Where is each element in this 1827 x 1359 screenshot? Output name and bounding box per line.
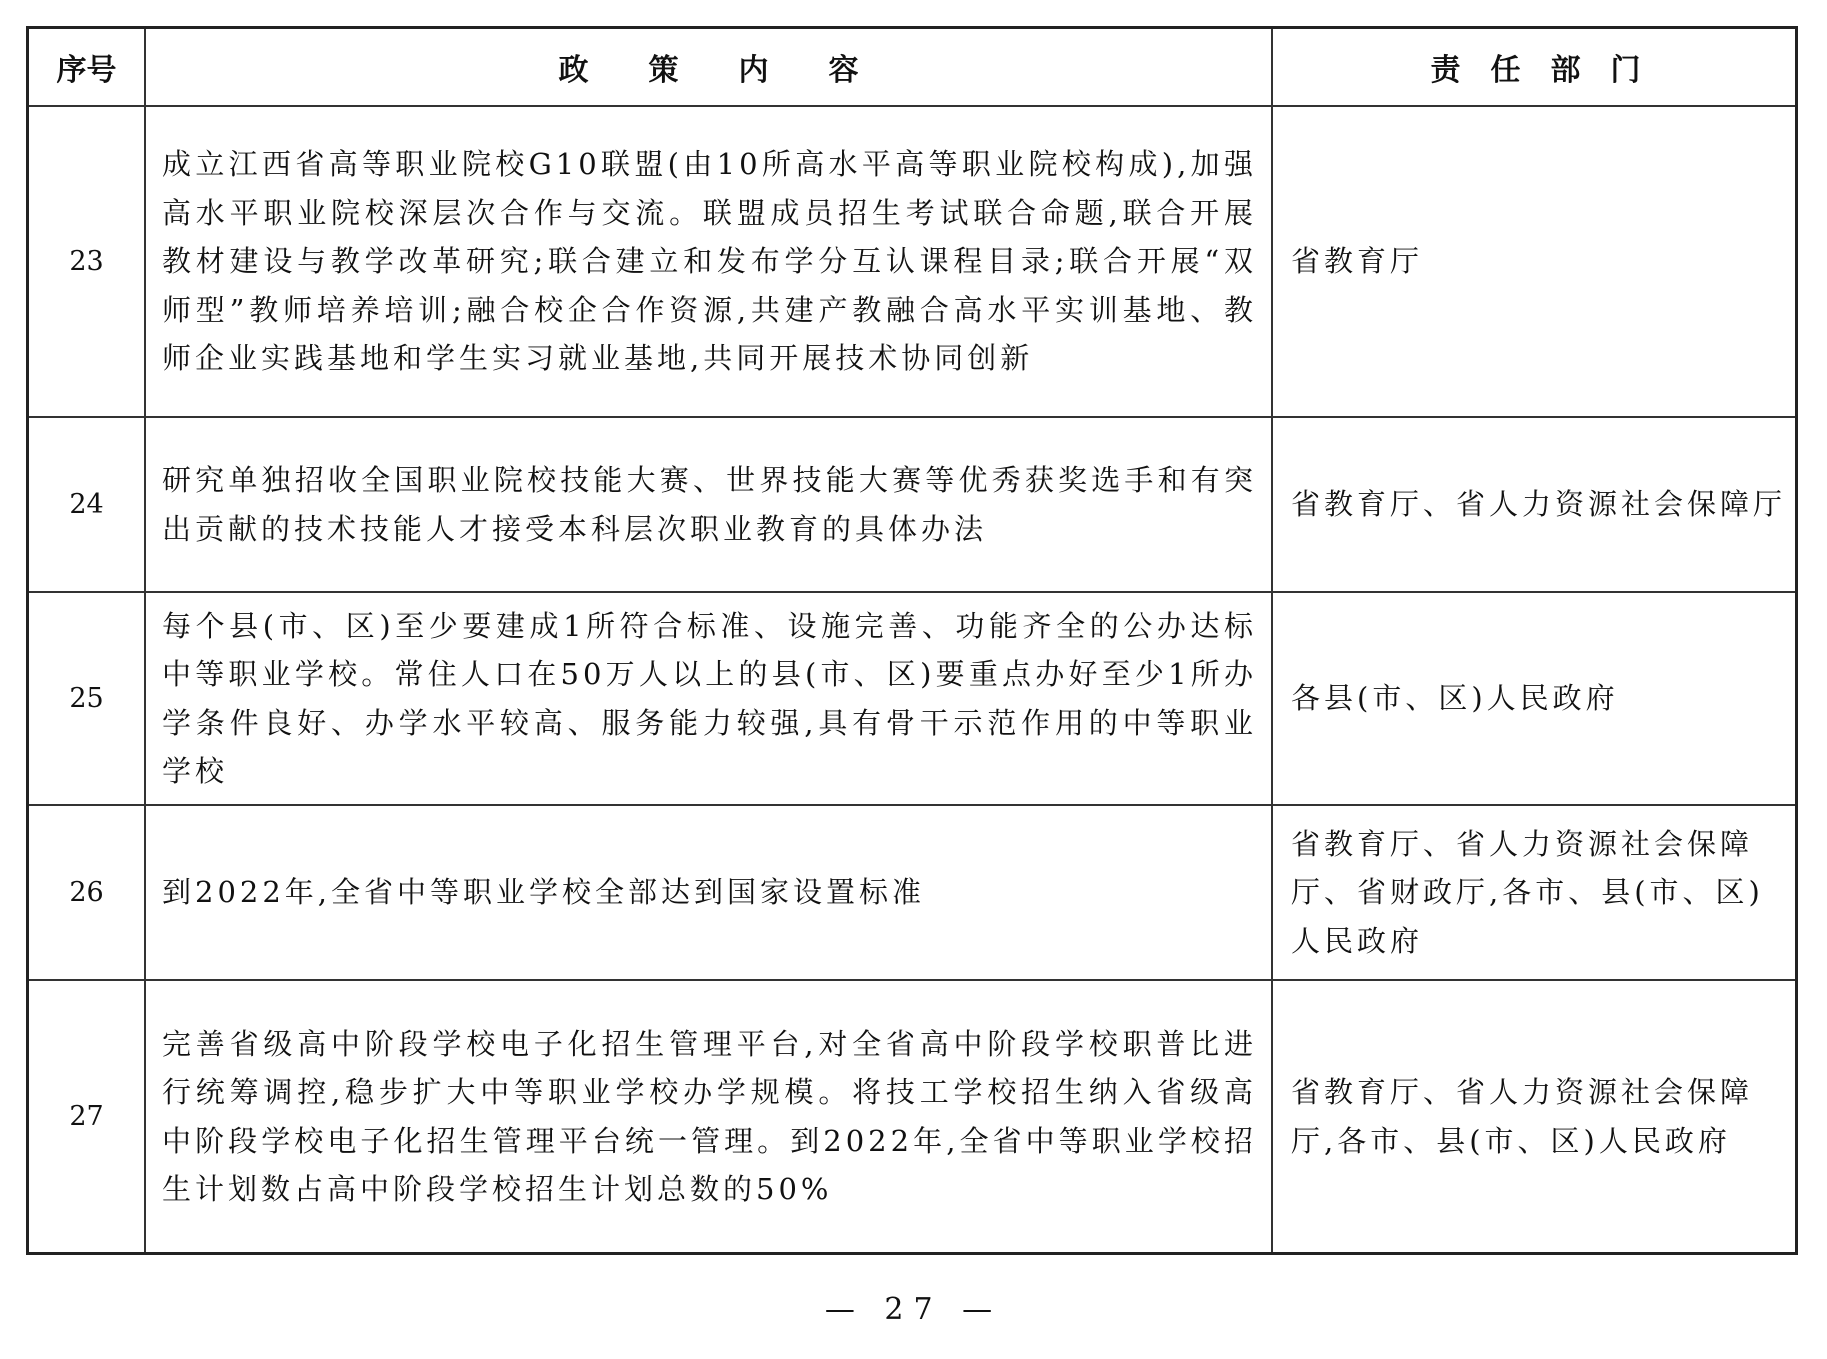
row-department-text: 省教育厅、省人力资源社会保障厅: [1291, 480, 1786, 529]
row-content: 完善省级高中阶段学校电子化招生管理平台,对全省高中阶段学校职普比进行统筹调控,稳…: [146, 981, 1271, 1252]
row-content-text: 到2022年,全省中等职业学校全部达到国家设置标准: [162, 868, 925, 917]
row-index: 23: [29, 107, 144, 416]
header-index: 序号: [29, 29, 144, 105]
row-content: 研究单独招收全国职业院校技能大赛、世界技能大赛等优秀获奖选手和有突出贡献的技术技…: [146, 418, 1271, 591]
header-department: 责 任 部 门: [1273, 29, 1798, 105]
row-content: 每个县(市、区)至少要建成1所符合标准、设施完善、功能齐全的公办达标中等职业学校…: [146, 593, 1271, 804]
row-department: 各县(市、区)人民政府: [1273, 593, 1798, 804]
row-content: 成立江西省高等职业院校G10联盟(由10所高水平高等职业院校构成),加强高水平职…: [146, 107, 1271, 416]
row-content-text: 完善省级高中阶段学校电子化招生管理平台,对全省高中阶段学校职普比进行统筹调控,稳…: [162, 1020, 1257, 1214]
row-index: 26: [29, 806, 144, 979]
row-content-text: 研究单独招收全国职业院校技能大赛、世界技能大赛等优秀获奖选手和有突出贡献的技术技…: [162, 456, 1257, 553]
row-index: 27: [29, 981, 144, 1252]
row-department-text: 各县(市、区)人民政府: [1291, 674, 1619, 723]
row-department: 省教育厅: [1273, 107, 1798, 416]
policy-table: 序号 政 策 内 容 责 任 部 门 23 成立江西省高等职业院校G10联盟(由…: [26, 26, 1798, 1255]
header-content: 政 策 内 容: [146, 29, 1271, 105]
row-department: 省教育厅、省人力资源社会保障厅: [1273, 418, 1798, 591]
row-content: 到2022年,全省中等职业学校全部达到国家设置标准: [146, 806, 1271, 979]
row-department-text: 省教育厅、省人力资源社会保障厅、省财政厅,各市、县(市、区)人民政府: [1291, 820, 1786, 966]
row-department: 省教育厅、省人力资源社会保障厅、省财政厅,各市、县(市、区)人民政府: [1273, 806, 1798, 979]
row-content-text: 成立江西省高等职业院校G10联盟(由10所高水平高等职业院校构成),加强高水平职…: [162, 140, 1257, 383]
page-number: — 27 —: [0, 1292, 1827, 1327]
row-index: 25: [29, 593, 144, 804]
row-department: 省教育厅、省人力资源社会保障厅,各市、县(市、区)人民政府: [1273, 981, 1798, 1252]
row-index: 24: [29, 418, 144, 591]
row-department-text: 省教育厅: [1291, 237, 1423, 286]
row-content-text: 每个县(市、区)至少要建成1所符合标准、设施完善、功能齐全的公办达标中等职业学校…: [162, 602, 1257, 796]
row-department-text: 省教育厅、省人力资源社会保障厅,各市、县(市、区)人民政府: [1291, 1068, 1786, 1165]
